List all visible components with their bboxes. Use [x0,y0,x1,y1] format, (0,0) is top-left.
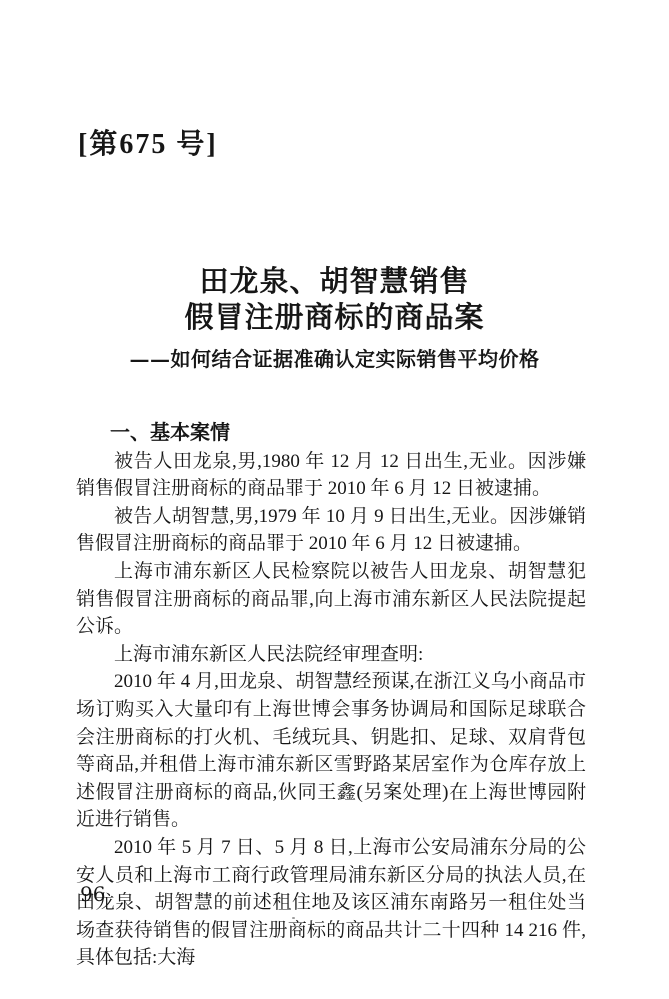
case-title-line2: 假冒注册商标的商品案 [0,300,669,336]
paragraph: 上海市浦东新区人民法院经审理查明: [76,641,586,669]
paragraph: 被告人胡智慧,男,1979 年 10 月 9 日出生,无业。因涉嫌销售假冒注册商… [76,503,586,558]
page-number: 96 [80,882,105,906]
paragraph: 上海市浦东新区人民检察院以被告人田龙泉、胡智慧犯销售假冒注册商标的商品罪,向上海… [76,558,586,641]
case-title: 田龙泉、胡智慧销售 假冒注册商标的商品案 [0,264,669,336]
paragraph: 2010 年 4 月,田龙泉、胡智慧经预谋,在浙江义乌小商品市场订购买入大量印有… [76,668,586,834]
section-heading-basic-facts: 一、基本案情 [76,420,586,448]
paragraph: 2010 年 5 月 7 日、5 月 8 日,上海市公安局浦东分局的公安人员和上… [76,834,586,972]
case-title-line1: 田龙泉、胡智慧销售 [0,264,669,300]
case-number-label: [第675 号] [78,122,218,162]
paragraph: 被告人田龙泉,男,1980 年 12 月 12 日出生,无业。因涉嫌销售假冒注册… [76,448,586,503]
scan-artifact-dot [292,917,295,919]
book-page: [第675 号] 田龙泉、胡智慧销售 假冒注册商标的商品案 ——如何结合证据准确… [0,0,669,999]
body-text: 一、基本案情 被告人田龙泉,男,1980 年 12 月 12 日出生,无业。因涉… [76,420,586,972]
case-subtitle: ——如何结合证据准确认定实际销售平均价格 [0,343,669,372]
